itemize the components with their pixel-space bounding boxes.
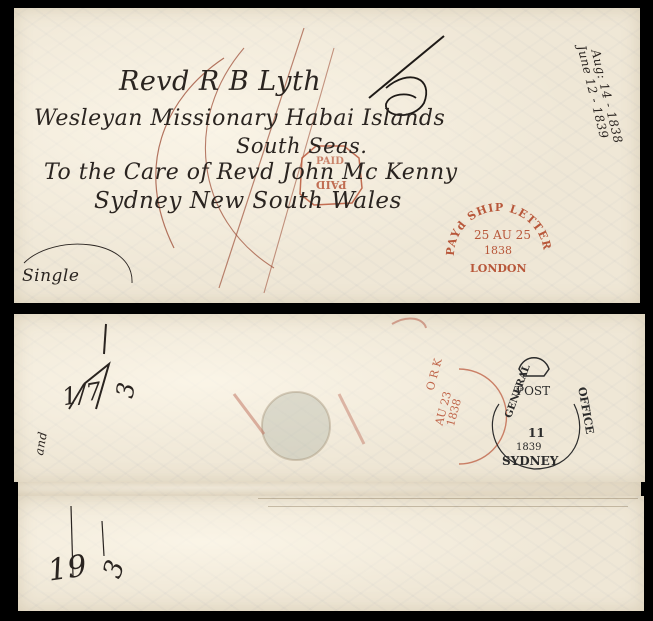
single-rate-note: Single: [22, 266, 79, 286]
red-transit-postmark: O R K AU 23 1838: [412, 364, 482, 464]
cover-back-lower: 19 3: [18, 496, 644, 611]
cover-back-upper: 1/7 3 and O R K AU 23 1838 POST OFFICE G…: [14, 314, 645, 482]
london-ship-letter-postmark: PAYd SHIP LETTER 25 AU 25 1838 LONDON: [444, 186, 554, 286]
address-line-addressee: Revd R B Lyth: [119, 66, 321, 97]
lower-rate-shillings: 19: [46, 548, 90, 588]
lower-manuscript: [18, 496, 644, 611]
cover-back-fold-edge: [18, 482, 641, 496]
sydney-postmark-day: 11: [528, 426, 545, 440]
sydney-crown-postmark: POST OFFICE GENERAL 11 1839 SYDNEY: [484, 354, 604, 474]
address-line-mission: Wesleyan Missionary Habai Islands: [34, 106, 445, 131]
sydney-postmark-city: SYDNEY: [502, 454, 558, 468]
london-postmark-year: 1838: [484, 244, 512, 257]
london-postmark-date: 25 AU 25: [474, 228, 531, 242]
address-line-care-of: To the Care of Revd John Mc Kenny: [44, 160, 458, 185]
sydney-arc-text: OFFICE: [575, 386, 596, 435]
cover-front: Revd R B Lyth Wesleyan Missionary Habai …: [14, 8, 640, 303]
london-postmark-city: LONDON: [470, 262, 527, 275]
paid-handstamp: PAID PAID: [302, 150, 360, 202]
sydney-postmark-year: 1839: [516, 442, 541, 453]
